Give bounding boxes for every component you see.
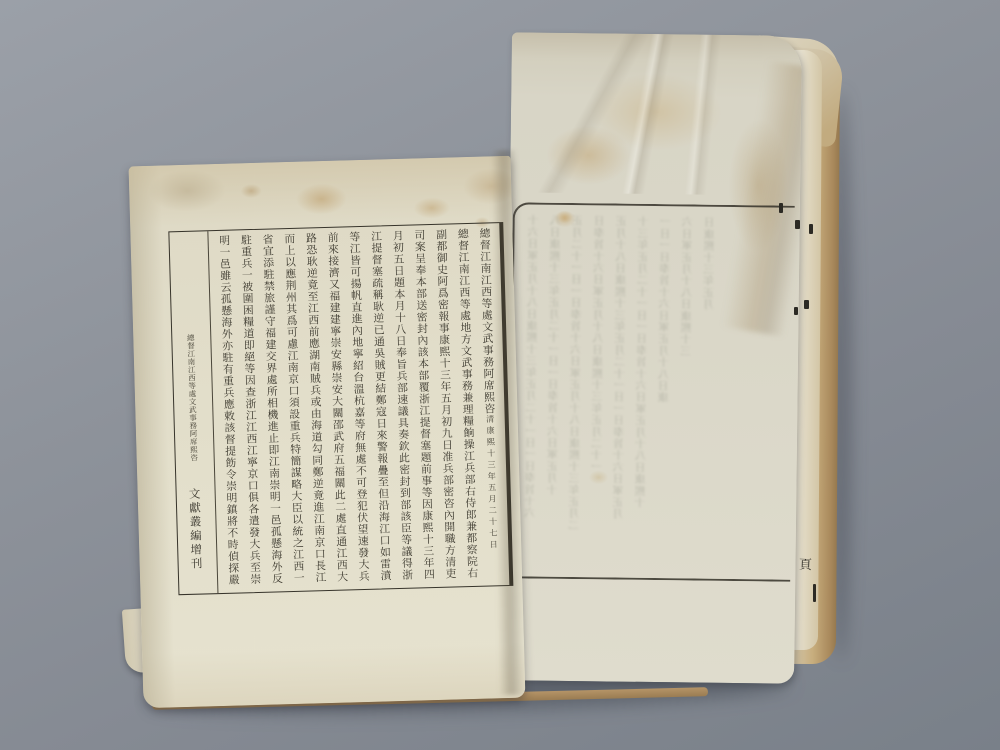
fold-mark [813,584,816,602]
showthrough-column: 日康熙十三年正月 [695,217,721,569]
edge-page-number-glyph: 頁 [799,554,813,573]
showthrough-text: 十六日軍正月十八日康熙十三年正月二十一日一日奉旨十六八日康熙十三年正月二十一日一… [519,214,725,568]
showthrough-column: 十六日軍正月十八日康熙十三年正月二十一日一日奉旨十六 [519,214,545,566]
photo-background: 十六日軍正月十八日康熙十三年正月二十一日一日奉旨十六八日康熙十三年正月二十一日一… [0,0,1000,750]
fold-mark [795,220,800,229]
showthrough-column: 正月十八日康熙十三年正月二十一日一日奉旨十六日軍正月 [607,215,633,567]
margin-imprint: 文獻叢編增刊 [186,488,204,572]
text-columns: 總督江南江西等處文武事務阿席熙咨清康熙十三年五月二十七日總督江南江西等處地方文武… [210,227,505,588]
fold-mark [809,224,813,234]
left-page: 總督江南江西等處文武事務阿席熙咨 文獻叢編增刊 總督江南江西等處文武事務阿席熙咨… [129,156,526,708]
fold-mark [804,300,809,309]
fold-mark [779,203,783,213]
left-page-text-frame: 總督江南江西等處文武事務阿席熙咨 文獻叢編增刊 總督江南江西等處文武事務阿席熙咨… [168,222,513,595]
margin-running-title: 總督江南江西等處文武事務阿席熙咨 [185,334,200,462]
right-page: 十六日軍正月十八日康熙十三年正月二十一日一日奉旨十六八日康熙十三年正月二十一日一… [504,32,802,683]
showthrough-column: 正月二十一日一日奉旨十六日軍正月十八日康熙十三年正月二 [563,215,589,567]
fold-mark [794,307,798,315]
